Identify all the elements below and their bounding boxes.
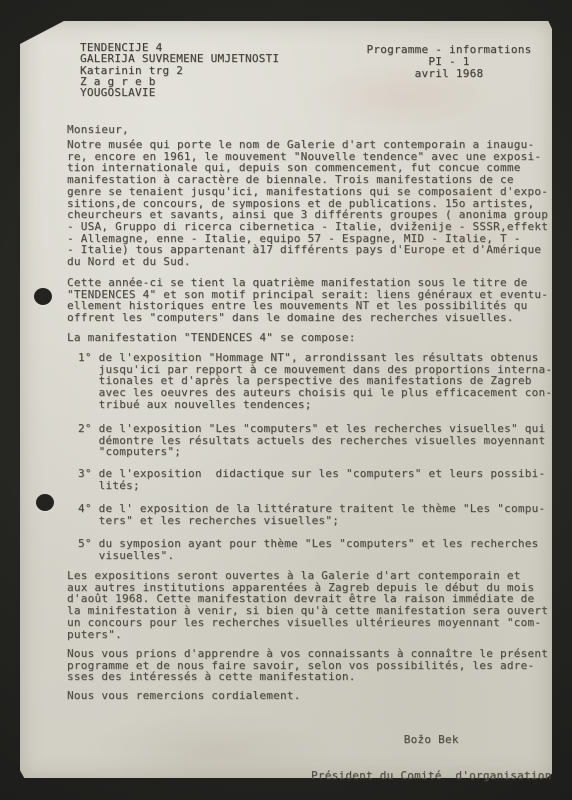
- reference-block: Programme - informations PI - 1 avril 19…: [361, 44, 537, 81]
- punch-hole-bottom: [36, 494, 54, 511]
- salutation: Monsieur,: [67, 124, 129, 136]
- list-intro: La manifestation "TENDENCES 4" se compos…: [67, 332, 356, 344]
- list-item-1: 1° de l'exposition "Hommage NT", arrondi…: [78, 352, 552, 411]
- paper-stain: [80, 711, 340, 791]
- sender-address-block: TENDENCIJE 4 GALERIJA SUVREMENE UMJETNOS…: [80, 42, 279, 98]
- paragraph-3: Les expositions seront ouvertes à la Gal…: [67, 570, 548, 640]
- closing-line: Nous vous remercions cordialement.: [67, 690, 301, 702]
- list-item-3: 3° de l'exposition didactique sur les "c…: [78, 468, 545, 491]
- list-item-2: 2° de l'exposition "Les "computers" et l…: [78, 423, 545, 458]
- paragraph-4: Nous vous prions d'apprendre à vos conna…: [67, 648, 548, 683]
- punch-hole-top: [34, 288, 52, 305]
- list-item-5: 5° du symposion ayant pour thème "Les "c…: [78, 538, 538, 561]
- list-item-4: 4° de l' exposition de la littérature tr…: [78, 503, 545, 526]
- paragraph-1: Notre musée qui porte le nom de Galerie …: [67, 139, 548, 268]
- signature-title: Président du Comité d'organisation: [311, 770, 552, 782]
- signature-block: Božo Bek Président du Comité d'organisat…: [311, 711, 552, 793]
- paragraph-2: Cette année-ci se tient la quatrième man…: [67, 277, 548, 324]
- signature-name: Božo Bek: [311, 734, 552, 746]
- scanned-letter-screenshot: { "colors": { "background": "#26262 2", …: [0, 0, 572, 800]
